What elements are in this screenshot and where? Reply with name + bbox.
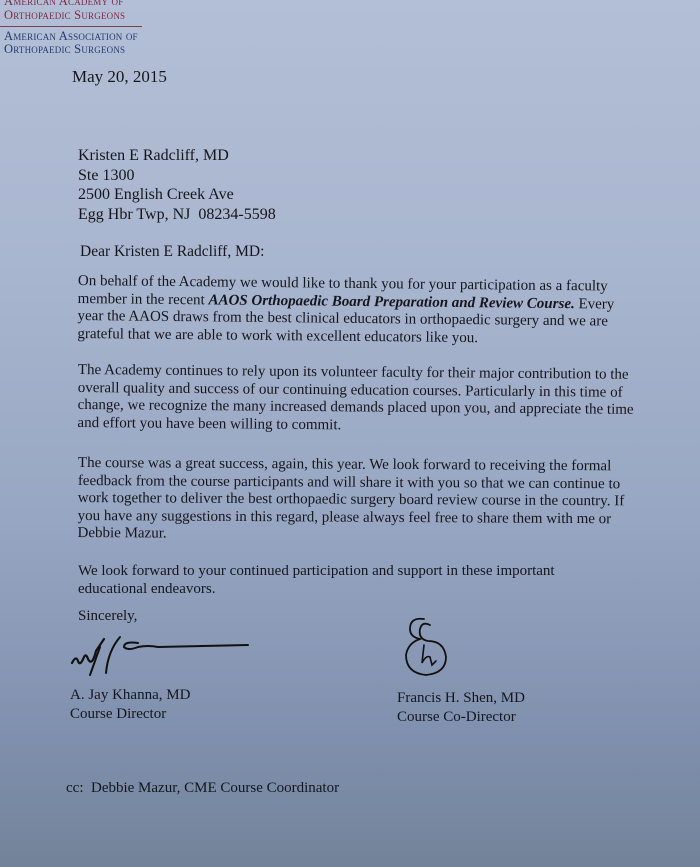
recipient-city: Egg Hbr Twp, NJ 08234-5598 — [78, 205, 276, 225]
signer-title: Course Co-Director — [397, 708, 525, 727]
signer-khanna: A. Jay Khanna, MD Course Director — [70, 686, 190, 724]
signer-name: Francis H. Shen, MD — [397, 689, 525, 708]
paragraph-2: The Academy continues to rely upon its v… — [77, 362, 638, 437]
letterhead-academy-line1: American Academy of — [4, 0, 125, 8]
letterhead-association: American Association of Orthopaedic Surg… — [4, 30, 138, 56]
signature-khanna-icon — [68, 633, 253, 678]
closing: Sincerely, — [78, 608, 137, 625]
paragraph-4: We look forward to your continued partic… — [78, 563, 578, 598]
recipient-suite: Ste 1300 — [78, 166, 276, 186]
letter-date: May 20, 2015 — [72, 67, 167, 87]
cc-line: cc: Debbie Mazur, CME Course Coordinator — [66, 780, 339, 797]
letterhead-divider — [0, 26, 142, 27]
signature-shen-icon — [398, 615, 453, 680]
salutation: Dear Kristen E Radcliff, MD: — [80, 243, 264, 261]
signer-shen: Francis H. Shen, MD Course Co-Director — [397, 689, 525, 727]
letterhead-academy-line2: Orthopaedic Surgeons — [4, 8, 125, 22]
recipient-address: Kristen E Radcliff, MD Ste 1300 2500 Eng… — [78, 146, 276, 224]
paragraph-1: On behalf of the Academy we would like t… — [77, 273, 638, 349]
recipient-street: 2500 English Creek Ave — [78, 185, 276, 205]
signer-name: A. Jay Khanna, MD — [70, 686, 190, 705]
recipient-name: Kristen E Radcliff, MD — [78, 146, 276, 166]
letterhead-academy: American Academy of Orthopaedic Surgeons — [4, 0, 125, 22]
paragraph-3: The course was a great success, again, t… — [77, 455, 638, 546]
course-title: AAOS Orthopaedic Board Preparation and R… — [208, 292, 574, 312]
letterhead-association-line2: Orthopaedic Surgeons — [4, 43, 138, 56]
signer-title: Course Director — [70, 705, 190, 724]
letter-page: American Academy of Orthopaedic Surgeons… — [0, 0, 700, 867]
